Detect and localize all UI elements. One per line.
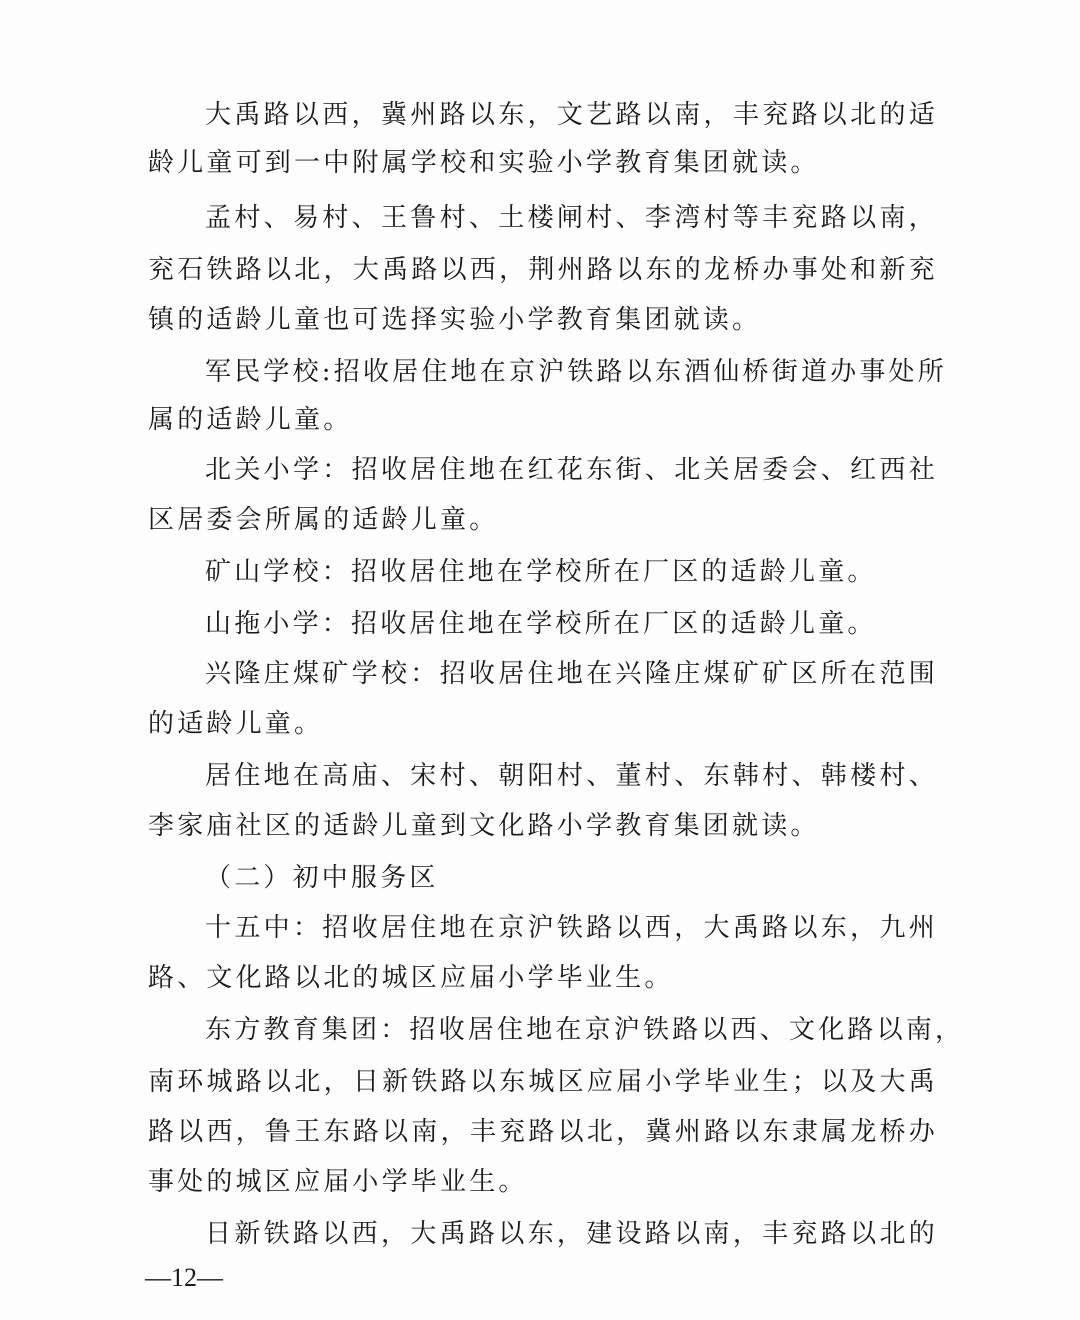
text-line-5: 镇的适龄儿童也可选择实验小学教育集团就读。 [148, 300, 938, 340]
text-line-19: 东方教育集团：招收居住地在京沪铁路以西、文化路以南， [205, 1010, 938, 1050]
text-line-3: 孟村、易村、王鲁村、土楼闸村、李湾村等丰兖路以南， [205, 198, 938, 238]
text-line-10: 矿山学校：招收居住地在学校所在厂区的适龄儿童。 [205, 552, 938, 592]
text-line-2: 龄儿童可到一中附属学校和实验小学教育集团就读。 [148, 143, 938, 183]
text-line-11: 山拖小学：招收居住地在学校所在厂区的适龄儿童。 [205, 604, 938, 644]
document-page: 大禹路以西，冀州路以东，文艺路以南，丰兖路以北的适 龄儿童可到一中附属学校和实验… [0, 0, 1080, 1320]
text-line-7: 属的适龄儿童。 [148, 400, 938, 440]
text-line-23: 日新铁路以西，大禹路以东，建设路以南，丰兖路以北的 [205, 1214, 938, 1254]
text-line-22: 事处的城区应届小学毕业生。 [148, 1162, 938, 1202]
text-line-4: 兖石铁路以北，大禹路以西，荆州路以东的龙桥办事处和新兖 [148, 250, 938, 290]
section-heading-junior-high: （二）初中服务区 [205, 858, 505, 898]
page-number: —12— [145, 1262, 223, 1294]
text-line-12: 兴隆庄煤矿学校：招收居住地在兴隆庄煤矿矿区所在范围 [205, 654, 938, 694]
text-line-20: 南环城路以北，日新铁路以东城区应届小学毕业生；以及大禹 [148, 1062, 938, 1102]
text-line-17: 十五中：招收居住地在京沪铁路以西，大禹路以东，九州 [205, 908, 938, 948]
text-line-21: 路以西，鲁王东路以南，丰兖路以北，冀州路以东隶属龙桥办 [148, 1112, 938, 1152]
text-line-8: 北关小学：招收居住地在红花东街、北关居委会、红西社 [205, 450, 938, 490]
text-line-18: 路、文化路以北的城区应届小学毕业生。 [148, 958, 938, 998]
text-line-14: 居住地在高庙、宋村、朝阳村、董村、东韩村、韩楼村、 [205, 756, 938, 796]
text-line-1: 大禹路以西，冀州路以东，文艺路以南，丰兖路以北的适 [205, 95, 938, 135]
text-line-6: 军民学校:招收居住地在京沪铁路以东酒仙桥街道办事处所 [205, 352, 938, 392]
text-line-9: 区居委会所属的适龄儿童。 [148, 500, 938, 540]
text-line-15: 李家庙社区的适龄儿童到文化路小学教育集团就读。 [148, 806, 938, 846]
text-line-13: 的适龄儿童。 [148, 704, 938, 744]
